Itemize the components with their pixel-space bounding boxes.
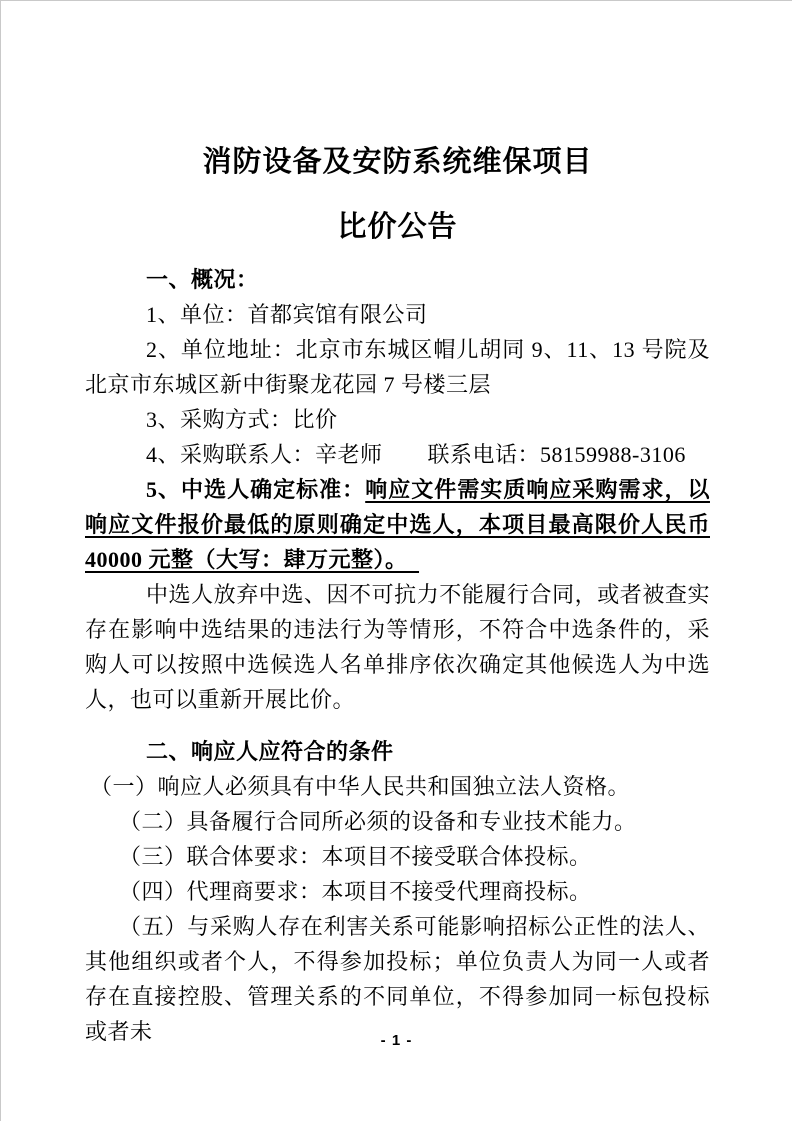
- selection-criteria-label: 5、中选人确定标准：: [146, 477, 365, 502]
- section2-condition-2: （二）具备履行合同所必须的设备和专业技术能力。: [85, 804, 710, 839]
- section1-paragraph-reselection: 中选人放弃中选、因不可抗力不能履行合同，或者被查实存在影响中选结果的违法行为等情…: [85, 577, 710, 717]
- document-page: 消防设备及安防系统维保项目 比价公告 一、概况： 1、单位：首都宾馆有限公司 2…: [0, 0, 792, 1121]
- section1-item-method: 3、采购方式：比价: [85, 402, 710, 437]
- section2-condition-1: （一）响应人必须具有中华人民共和国独立法人资格。: [85, 769, 710, 804]
- section1-heading: 一、概况：: [85, 262, 710, 297]
- section2-condition-4: （四）代理商要求：本项目不接受代理商投标。: [85, 874, 710, 909]
- section1-item-address: 2、单位地址：北京市东城区帽儿胡同 9、11、13 号院及北京市东城区新中街聚龙…: [85, 332, 710, 402]
- section2-heading: 二、响应人应符合的条件: [85, 734, 710, 769]
- section2-condition-5: （五）与采购人存在利害关系可能影响招标公正性的法人、其他组织或者个人，不得参加投…: [85, 909, 710, 1049]
- section1-item-contact: 4、采购联系人：辛老师 联系电话：58159988-3106: [85, 437, 710, 472]
- section1-item-selection-criteria: 5、中选人确定标准：响应文件需实质响应采购需求，以响应文件报价最低的原则确定中选…: [85, 472, 710, 577]
- page-number: - 1 -: [1, 1032, 792, 1049]
- document-subtitle: 比价公告: [85, 207, 710, 247]
- section2-condition-3: （三）联合体要求：本项目不接受联合体投标。: [85, 839, 710, 874]
- document-title: 消防设备及安防系统维保项目: [85, 142, 710, 182]
- section1-item-unit: 1、单位：首都宾馆有限公司: [85, 297, 710, 332]
